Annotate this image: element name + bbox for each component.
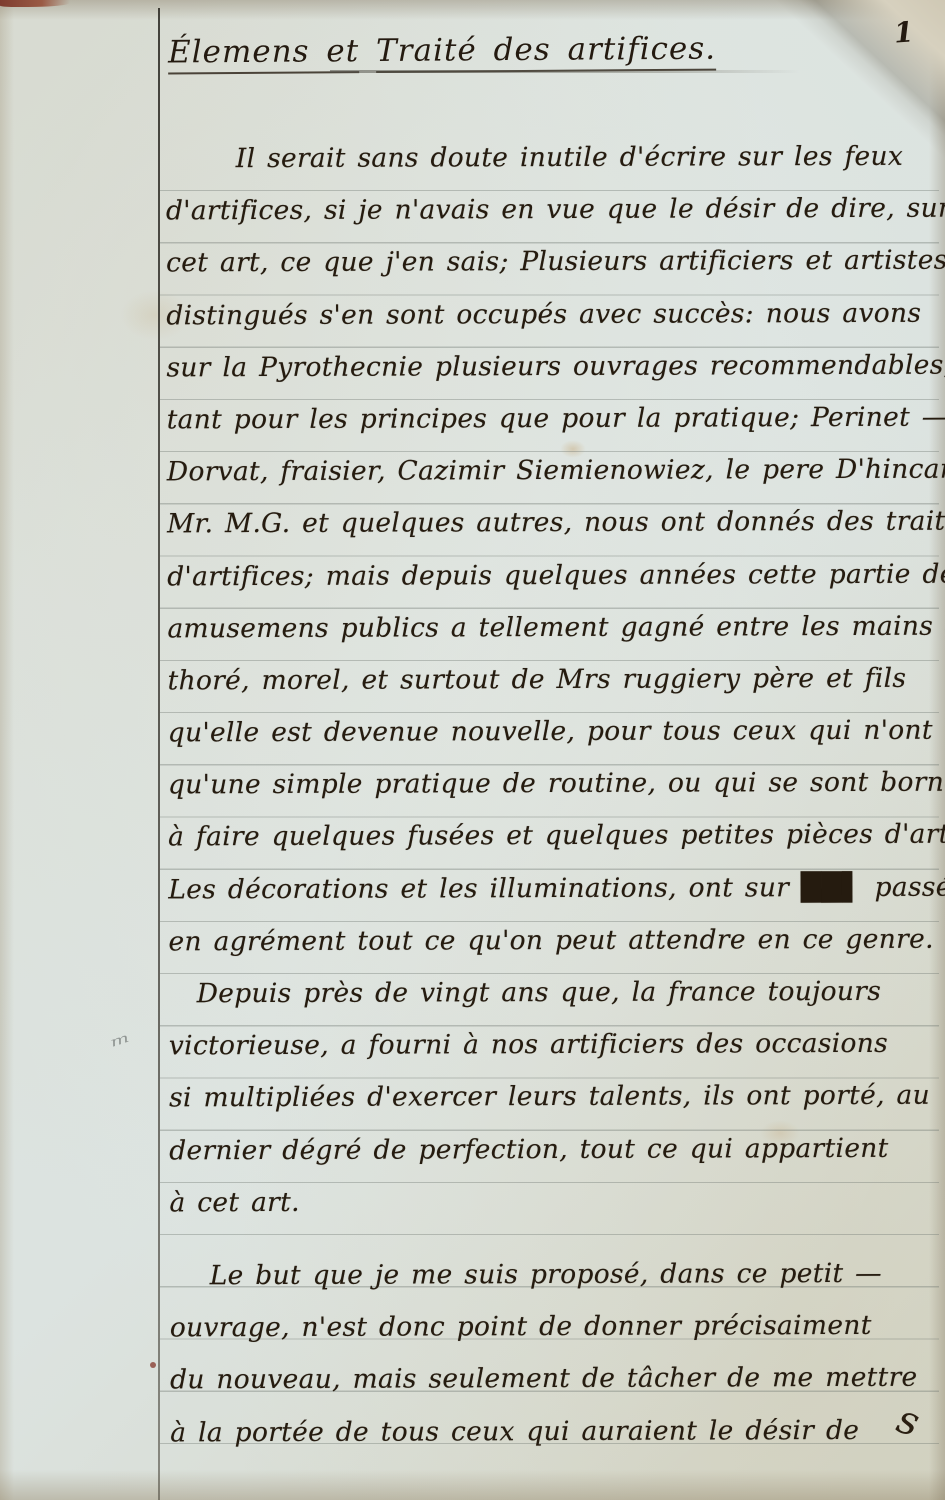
manuscript-line: cet art, ce que j'en sais; Plusieurs art… (166, 235, 936, 290)
manuscript-line: Dorvat, fraisier, Cazimir Siemienowiez, … (167, 444, 937, 499)
title-part-1: Élemens et (168, 33, 359, 74)
manuscript-line: amusemens publics a tellement gagné entr… (167, 600, 937, 655)
paragraph: Le but que je me suis proposé, dans ce p… (170, 1248, 941, 1459)
page-left-edge (0, 0, 14, 1500)
manuscript-line: thoré, morel, et surtout de Mrs ruggiery… (168, 653, 938, 708)
title-underline-smear (330, 70, 800, 73)
margin-rule-line (158, 8, 160, 1500)
manuscript-line: Depuis près de vingt ans que, la france … (169, 966, 939, 1021)
manuscript-line: à cet art. (169, 1174, 939, 1229)
manuscript-line: tant pour les principes que pour la prat… (167, 392, 937, 447)
page-bottom-edge (0, 1470, 945, 1500)
manuscript-line: du nouveau, mais seulement de tâcher de … (170, 1352, 940, 1407)
manuscript-line: distingués s'en sont occupés avec succès… (166, 287, 936, 342)
ink-speck (150, 1362, 156, 1368)
page-title: Élemens et Traité des artifices. (168, 30, 868, 71)
manuscript-line: Le but que je me suis proposé, dans ce p… (170, 1248, 940, 1303)
manuscript-line: Mr. M.G. et quelques autres, nous ont do… (167, 496, 937, 551)
title-part-2: Traité des artifices. (376, 31, 716, 73)
paragraph: Il serait sans doute inutile d'écrire su… (166, 131, 939, 969)
manuscript-line: dernier dégré de perfection, tout ce qui… (169, 1122, 939, 1177)
manuscript-line: d'artifices, si je n'avais en vue que le… (166, 183, 936, 238)
manuscript-line: en agrément tout ce qu'on peut attendre … (168, 913, 938, 968)
manuscript-line: ouvrage, n'est donc point de donner préc… (170, 1300, 940, 1355)
paragraph: Depuis près de vingt ans que, la france … (169, 966, 940, 1230)
manuscript-page: 1 Élemens et Traité des artifices. Il se… (0, 0, 945, 1500)
manuscript-line: victorieuse, a fourni à nos artificiers … (169, 1018, 939, 1073)
manuscript-line: à la portée de tous ceux qui auraient le… (170, 1404, 940, 1459)
manuscript-line: d'artifices; mais depuis quelques années… (167, 548, 937, 603)
margin-pencil-mark: m (108, 1030, 129, 1050)
manuscript-line: Il serait sans doute inutile d'écrire su… (166, 131, 936, 186)
manuscript-line: si multipliées d'exercer leurs talents, … (169, 1070, 939, 1125)
manuscript-line: qu'une simple pratique de routine, ou qu… (168, 757, 938, 812)
manuscript-line: à faire quelques fusées et quelques peti… (168, 809, 938, 864)
manuscript-body: Il serait sans doute inutile d'écrire su… (166, 131, 941, 1459)
manuscript-line: Les décorations et les illuminations, on… (168, 861, 938, 916)
manuscript-line: sur la Pyrothecnie plusieurs ouvrages re… (166, 339, 936, 394)
manuscript-line: qu'elle est devenue nouvelle, pour tous … (168, 705, 938, 760)
page-number: 1 (892, 15, 914, 49)
